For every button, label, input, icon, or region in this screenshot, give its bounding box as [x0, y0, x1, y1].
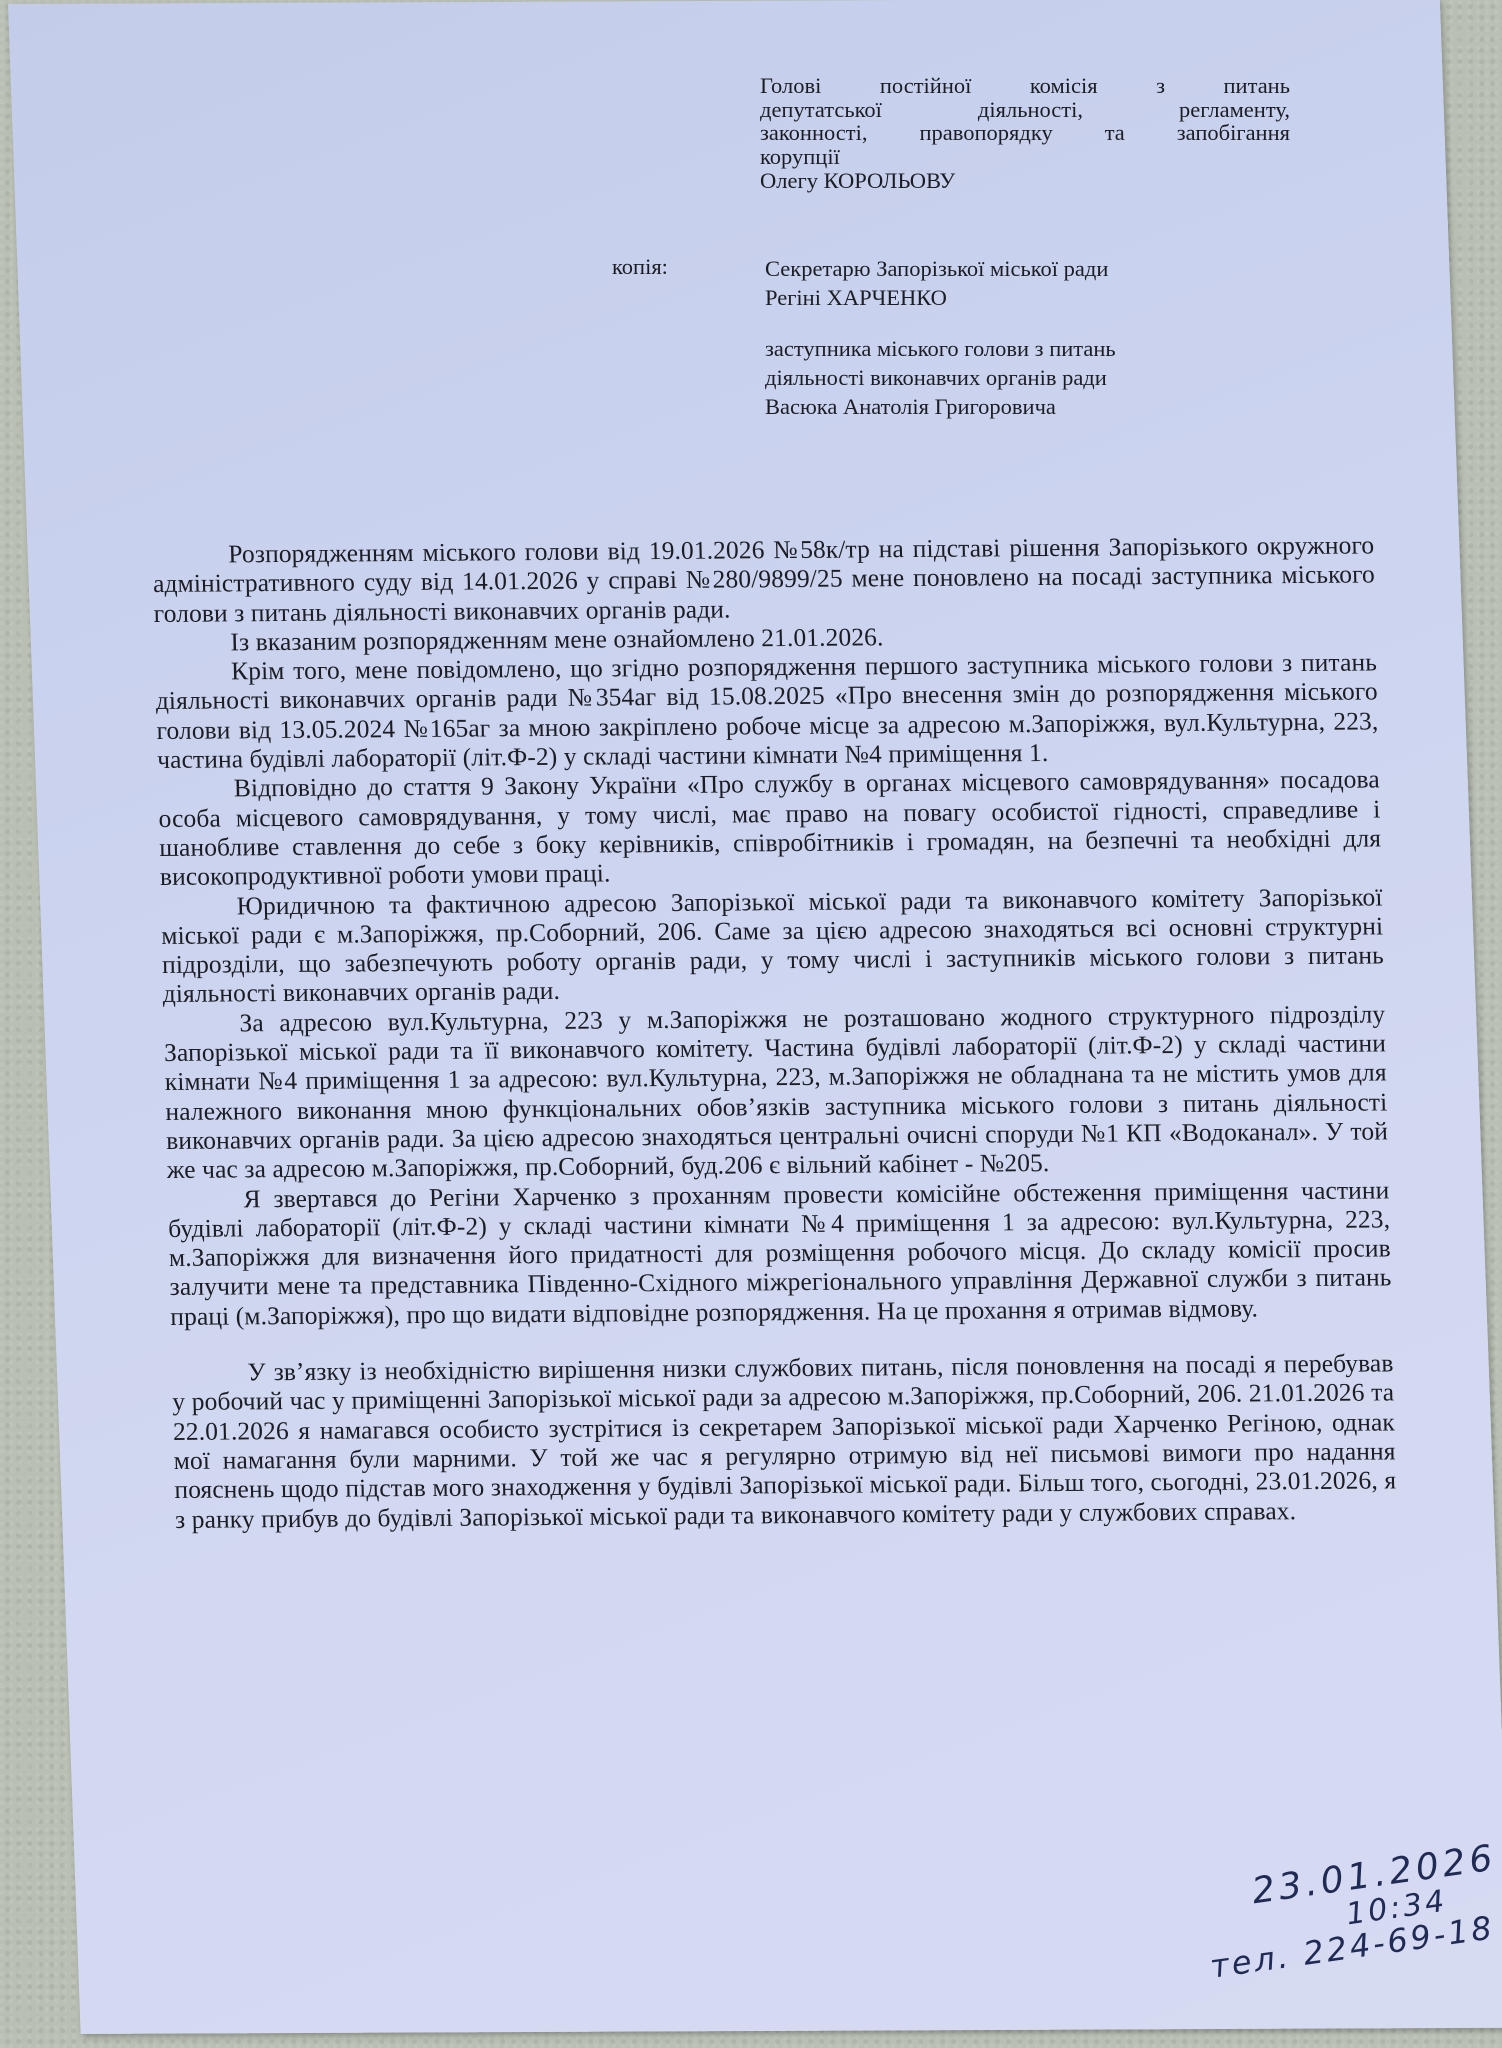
body-paragraph: Відповідно до стаття 9 Закону України «П… [158, 765, 1383, 892]
body-paragraph: Розпорядженням міського голови від 19.01… [152, 530, 1376, 627]
addressee-line: корупції [760, 145, 1290, 169]
addressee-line: законності, правопорядку та запобігання [760, 121, 1290, 145]
copy-recipients: Секретарю Запорізької міської ради Регін… [765, 254, 1325, 421]
copy-label: копія: [612, 254, 668, 280]
body-paragraph: Крім того, мене повідомлено, що згідно р… [155, 648, 1380, 775]
addressee-line: депутатської діяльності, регламенту, [760, 98, 1290, 122]
body-paragraph: За адресою вул.Культурна, 223 у м.Запорі… [163, 999, 1389, 1184]
body-paragraph: Я звертався до Регіни Харченко з проханн… [167, 1175, 1392, 1331]
copy-recipient-2-title: заступника міського голови з питань [765, 334, 1325, 363]
handwritten-receipt-note: 23.01.2026 10:34 тел. 224-69-18 [1190, 1838, 1502, 1987]
addressee-name: Олегу КОРОЛЬОВУ [760, 169, 1290, 193]
body-paragraph: У зв’язку із необхідністю вирішення низк… [171, 1348, 1397, 1533]
copy-recipient-1-name: Регіні ХАРЧЕНКО [765, 283, 1325, 312]
copy-recipient-2-name: Васюка Анатолія Григоровича [765, 392, 1325, 421]
addressee-block: Голові постійної комісія з питань депута… [760, 74, 1290, 193]
copy-recipient-2-title: діяльності виконавчих органів ради [765, 363, 1325, 392]
letter-body: Розпорядженням міського голови від 19.01… [152, 530, 1397, 1533]
copy-recipient-1-title: Секретарю Запорізької міської ради [765, 254, 1325, 283]
addressee-line: Голові постійної комісія з питань [760, 74, 1290, 98]
body-paragraph: Юридичною та фактичною адресою Запорізьк… [160, 882, 1385, 1009]
document-page: Голові постійної комісія з питань депута… [0, 0, 1502, 2048]
